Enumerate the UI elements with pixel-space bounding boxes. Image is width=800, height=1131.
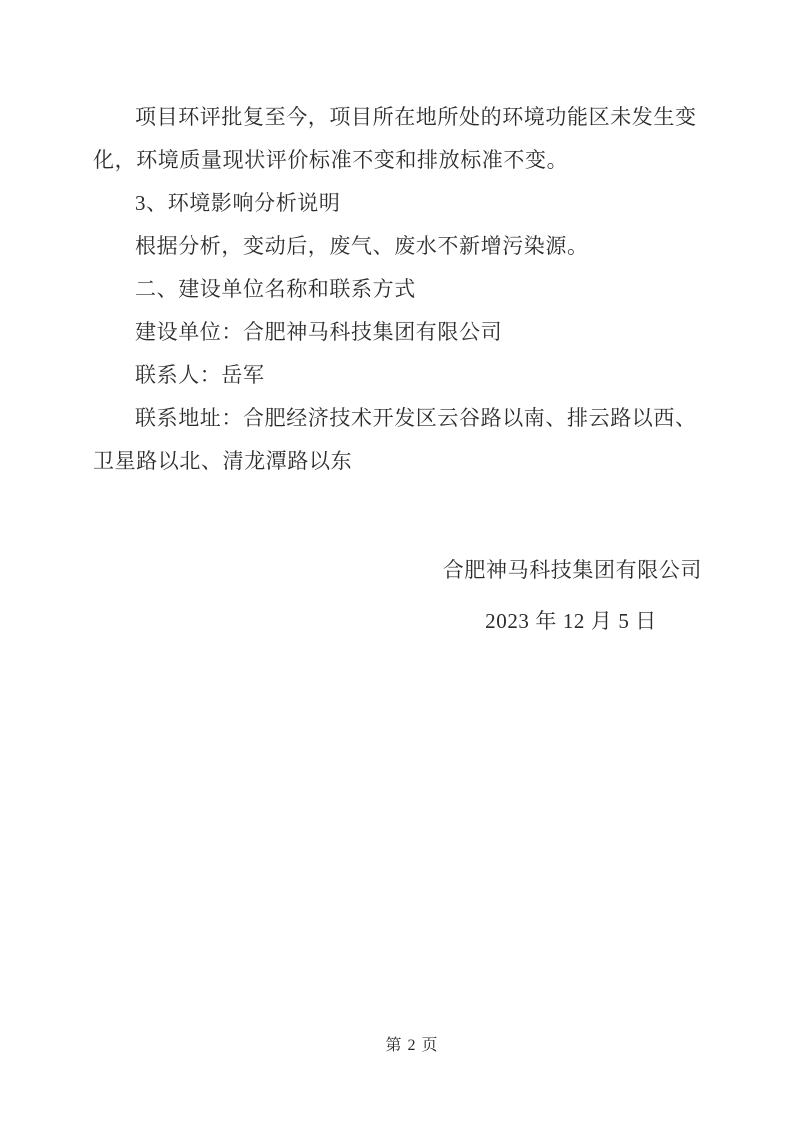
para1-line1: 项目环评批复至今，项目所在地所处的环境功能区未发生变 — [93, 96, 718, 139]
page-footer: 第 2 页 — [12, 1034, 800, 1058]
signature-date: 2023 年 12 月 5 日 — [440, 600, 702, 643]
heading-env-impact-analysis: 3、环境影响分析说明 — [93, 182, 718, 225]
page-number: 第 2 页 — [385, 1037, 438, 1054]
document-body: 项目环评批复至今，项目所在地所处的环境功能区未发生变 化，环境质量现状评价标准不… — [93, 96, 718, 483]
signature-block: 合肥神马科技集团有限公司 2023 年 12 月 5 日 — [440, 549, 702, 643]
line-contact-address-2: 卫星路以北、清龙潭路以东 — [93, 440, 718, 483]
line-contact-address-1: 联系地址：合肥经济技术开发区云谷路以南、排云路以西、 — [93, 397, 718, 440]
document-page: 项目环评批复至今，项目所在地所处的环境功能区未发生变 化，环境质量现状评价标准不… — [0, 0, 800, 1131]
para1-line2: 化，环境质量现状评价标准不变和排放标准不变。 — [93, 139, 718, 182]
line-contact-person: 联系人：岳军 — [93, 354, 718, 397]
heading-company-contact: 二、建设单位名称和联系方式 — [93, 268, 718, 311]
para-analysis-result: 根据分析，变动后，废气、废水不新增污染源。 — [93, 225, 718, 268]
line-company-name: 建设单位：合肥神马科技集团有限公司 — [93, 311, 718, 354]
signature-company: 合肥神马科技集团有限公司 — [440, 549, 702, 592]
